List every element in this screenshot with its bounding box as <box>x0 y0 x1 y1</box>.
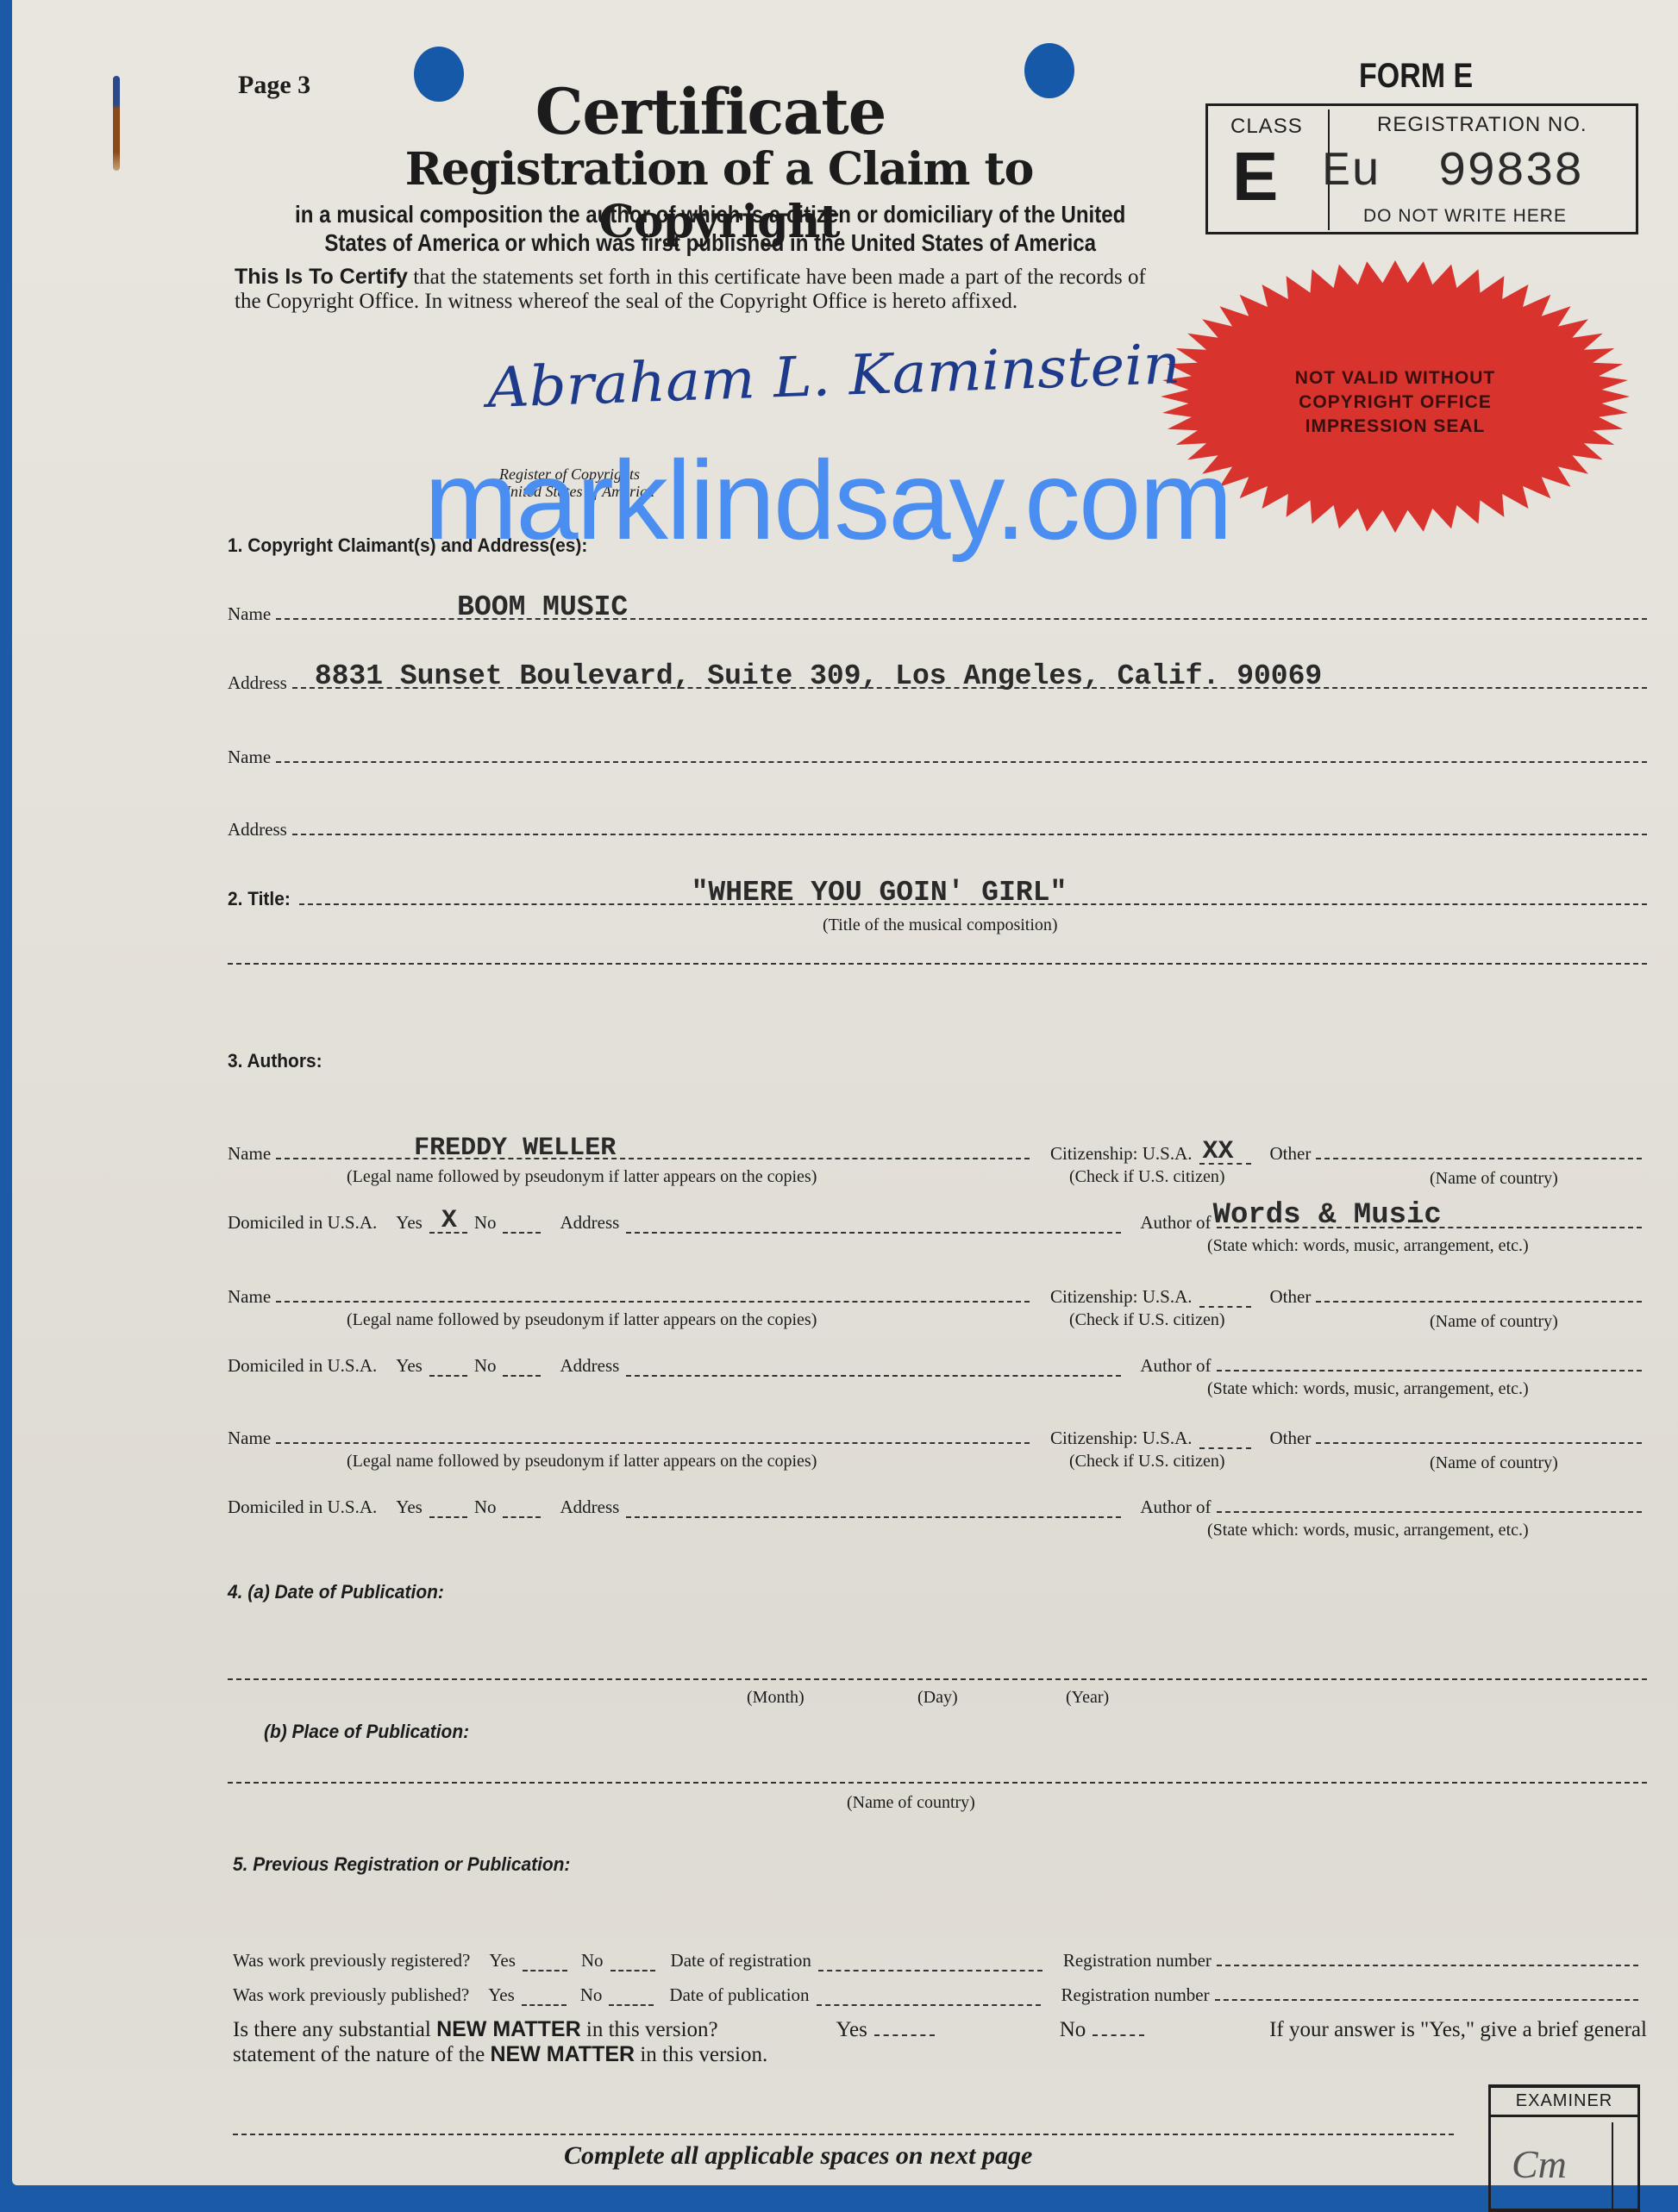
other-country-field[interactable] <box>1316 1441 1642 1444</box>
no-label: No <box>581 1950 604 1971</box>
author-of-field[interactable] <box>1217 1369 1642 1372</box>
domiciled-yes-field[interactable] <box>429 1375 467 1377</box>
new-matter-text: Is there any substantial <box>233 2018 436 2041</box>
date-of-registration-field[interactable] <box>818 1970 1042 1971</box>
domicile-row: Domiciled in U.S.A. Yes X No Address Aut… <box>228 1212 1645 1234</box>
author-of-label: Author of <box>1140 1212 1211 1234</box>
new-matter-text: in this version. <box>635 2043 767 2066</box>
citizenship-row: Citizenship: U.S.A. Other <box>1050 1428 1645 1449</box>
day-caption: (Day) <box>917 1688 958 1708</box>
citizenship-row: Citizenship: U.S.A. Other <box>1050 1286 1645 1308</box>
no-label: No <box>474 1497 497 1518</box>
usa-citizen-checkbox[interactable]: XX <box>1199 1163 1251 1165</box>
author-of-caption: (State which: words, music, arrangement,… <box>1207 1236 1529 1256</box>
title-continuation-field[interactable] <box>228 962 1650 970</box>
domicile-row: Domiciled in U.S.A. Yes No Address Autho… <box>228 1497 1645 1518</box>
other-label: Other <box>1270 1286 1312 1308</box>
registration-number-value: Eu 99838 <box>1322 144 1582 199</box>
domiciled-label: Domiciled in U.S.A. <box>228 1212 377 1234</box>
class-value: E <box>1232 137 1278 216</box>
address-label: Address <box>560 1212 619 1234</box>
form-description: in a musical composition the author of w… <box>232 200 1188 257</box>
date-of-registration-label: Date of registration <box>671 1950 811 1971</box>
certify-statement: This Is To Certify that the statements s… <box>235 265 1157 314</box>
citizenship-caption: (Check if U.S. citizen) <box>1069 1167 1225 1187</box>
domicile-row: Domiciled in U.S.A. Yes No Address Autho… <box>228 1355 1645 1377</box>
claimant-1-name-field[interactable]: Name BOOM MUSIC <box>228 603 1650 625</box>
new-matter-question: Is there any substantial NEW MATTER in t… <box>233 2017 1647 2067</box>
page-label: Page 3 <box>238 71 310 100</box>
class-label: CLASS <box>1230 115 1303 139</box>
yes-label: Yes <box>488 1984 515 2006</box>
author-name-field[interactable]: Name <box>228 1286 1033 1308</box>
do-not-write-note: DO NOT WRITE HERE <box>1363 206 1567 227</box>
name-label: Name <box>228 1428 271 1449</box>
description-line-1: in a musical composition the author of w… <box>232 200 1188 228</box>
author-of-value: Words & Music <box>1213 1199 1442 1232</box>
certify-lead: This Is To Certify <box>235 265 408 289</box>
new-matter-bold: NEW MATTER <box>491 2042 636 2066</box>
registration-number-field[interactable] <box>1215 1998 1638 2001</box>
other-caption: (Name of country) <box>1430 1312 1558 1332</box>
publication-date-field[interactable] <box>228 1678 1650 1685</box>
author-name-field[interactable]: Name <box>228 1428 1033 1449</box>
form-label: FORM E <box>1359 57 1473 96</box>
usa-citizen-checkbox[interactable] <box>1199 1447 1251 1449</box>
binder-hole-right <box>1024 43 1074 98</box>
other-caption: (Name of country) <box>1430 1169 1558 1189</box>
citizenship-label: Citizenship: U.S.A. <box>1050 1143 1193 1165</box>
registration-box: CLASS E REGISTRATION NO. Eu 99838 DO NOT… <box>1205 103 1638 234</box>
new-matter-text: in this version? <box>581 2018 718 2041</box>
claimant-name-value: BOOM MUSIC <box>457 591 628 623</box>
new-matter-text: statement of the nature of the <box>233 2043 491 2066</box>
published-question: Was work previously published? <box>233 1984 469 2006</box>
domiciled-yes-field[interactable]: X <box>429 1232 467 1234</box>
published-yes-field[interactable] <box>522 2004 567 2006</box>
certificate-page: Page 3 Certificate Registration of a Cla… <box>12 0 1678 2185</box>
author-of-field[interactable]: Words & Music <box>1217 1226 1642 1228</box>
certificate-title: Certificate <box>529 74 892 149</box>
citizenship-label: Citizenship: U.S.A. <box>1050 1428 1193 1449</box>
usa-citizen-checkbox[interactable] <box>1199 1306 1251 1308</box>
staple-mark <box>113 76 120 171</box>
other-label: Other <box>1270 1428 1312 1449</box>
title-value: "WHERE YOU GOIN' GIRL" <box>692 877 1068 909</box>
name-label: Name <box>228 1143 271 1165</box>
description-line-2: States of America or which was first pub… <box>232 228 1188 257</box>
country-caption: (Name of country) <box>847 1793 975 1813</box>
author-of-caption: (State which: words, music, arrangement,… <box>1207 1521 1529 1540</box>
domiciled-no-field[interactable] <box>503 1232 541 1234</box>
author-address-field[interactable] <box>626 1516 1121 1518</box>
previously-published-row: Was work previously published? Yes No Da… <box>233 1984 1642 2006</box>
author-address-field[interactable] <box>626 1232 1121 1234</box>
claimant-1-address-field[interactable]: Address 8831 Sunset Boulevard, Suite 309… <box>228 672 1650 694</box>
registration-number-field[interactable] <box>1217 1964 1638 1966</box>
section-4b-heading: (b) Place of Publication: <box>264 1721 469 1743</box>
title-field[interactable]: 2. Title: "WHERE YOU GOIN' GIRL" <box>228 888 1650 910</box>
registered-yes-field[interactable] <box>523 1970 567 1971</box>
section-4a-heading: 4. (a) Date of Publication: <box>228 1581 444 1603</box>
claimant-address-value: 8831 Sunset Boulevard, Suite 309, Los An… <box>315 660 1322 692</box>
author-of-label: Author of <box>1140 1355 1211 1377</box>
citizenship-label: Citizenship: U.S.A. <box>1050 1286 1193 1308</box>
section-5-heading: 5. Previous Registration or Publication: <box>233 1853 570 1876</box>
yes-label: Yes <box>489 1950 516 1971</box>
name-caption: (Legal name followed by pseudonym if lat… <box>347 1310 817 1330</box>
domiciled-label: Domiciled in U.S.A. <box>228 1355 377 1377</box>
month-caption: (Month) <box>747 1688 805 1708</box>
register-signature: Abraham L. Kaminstein <box>486 333 1181 421</box>
examiner-label: EXAMINER <box>1491 2091 1637 2117</box>
registered-no-field[interactable] <box>610 1970 655 1971</box>
section-3-heading: 3. Authors: <box>228 1050 322 1072</box>
no-label: No <box>580 1984 603 2006</box>
other-caption: (Name of country) <box>1430 1453 1558 1473</box>
author-address-field[interactable] <box>626 1375 1121 1377</box>
new-matter-yes-field[interactable] <box>874 2034 935 2036</box>
citizenship-row: Citizenship: U.S.A. XX Other <box>1050 1143 1645 1165</box>
domiciled-no-field[interactable] <box>503 1375 541 1377</box>
publication-place-field[interactable] <box>228 1781 1650 1789</box>
no-label: No <box>1060 2018 1086 2041</box>
domiciled-label: Domiciled in U.S.A. <box>228 1497 377 1518</box>
watermark: marklindsay.com <box>424 435 1231 565</box>
citizenship-caption: (Check if U.S. citizen) <box>1069 1310 1225 1330</box>
author-name-value: FREDDY WELLER <box>414 1134 616 1163</box>
year-caption: (Year) <box>1066 1688 1109 1708</box>
address-label: Address <box>228 672 287 694</box>
seal-line-2: COPYRIGHT OFFICE <box>1159 391 1631 415</box>
address-label: Address <box>228 819 287 840</box>
section-2-heading: 2. Title: <box>228 888 291 910</box>
yes-label: Yes <box>396 1212 423 1234</box>
no-label: No <box>474 1212 497 1234</box>
previously-registered-row: Was work previously registered? Yes No D… <box>233 1950 1642 1971</box>
published-no-field[interactable] <box>609 2004 654 2006</box>
examiner-initials: Cm <box>1512 2141 1567 2187</box>
new-matter-statement-field[interactable] <box>233 2133 1457 2140</box>
binder-hole-left <box>414 47 464 102</box>
name-caption: (Legal name followed by pseudonym if lat… <box>347 1452 817 1472</box>
domiciled-yes-mark: X <box>441 1206 457 1235</box>
no-label: No <box>474 1355 497 1377</box>
name-label: Name <box>228 747 271 768</box>
yes-label: Yes <box>396 1497 423 1518</box>
author-name-field[interactable]: Name FREDDY WELLER <box>228 1143 1033 1165</box>
title-caption: (Title of the musical composition) <box>823 915 1058 935</box>
new-matter-no-field[interactable] <box>1093 2034 1144 2036</box>
usa-citizen-mark: XX <box>1203 1137 1234 1166</box>
date-of-publication-label: Date of publication <box>669 1984 809 2006</box>
footer-note: Complete all applicable spaces on next p… <box>564 2141 1032 2171</box>
yes-label: Yes <box>396 1355 423 1377</box>
other-label: Other <box>1270 1143 1312 1165</box>
examiner-box: EXAMINER Cm <box>1488 2084 1640 2212</box>
citizenship-caption: (Check if U.S. citizen) <box>1069 1452 1225 1472</box>
examiner-divider <box>1612 2122 1613 2209</box>
domiciled-no-field[interactable] <box>503 1516 541 1518</box>
yes-label: Yes <box>836 2018 867 2041</box>
other-country-field[interactable] <box>1316 1157 1642 1159</box>
registration-number-label: Registration number <box>1063 1950 1212 1971</box>
registration-number-label: Registration number <box>1061 1984 1210 2006</box>
author-of-caption: (State which: words, music, arrangement,… <box>1207 1379 1529 1399</box>
if-yes-text: If your answer is "Yes," give a brief ge… <box>1269 2018 1647 2042</box>
name-label: Name <box>228 603 271 625</box>
claimant-2-address-field[interactable]: Address <box>228 819 1650 840</box>
domiciled-yes-field[interactable] <box>429 1516 467 1518</box>
address-label: Address <box>560 1355 619 1377</box>
seal-text: NOT VALID WITHOUT COPYRIGHT OFFICE IMPRE… <box>1159 366 1631 439</box>
seal-line-1: NOT VALID WITHOUT <box>1159 366 1631 391</box>
author-of-label: Author of <box>1140 1497 1211 1518</box>
name-label: Name <box>228 1286 271 1308</box>
registration-number-label: REGISTRATION NO. <box>1377 113 1587 137</box>
name-caption: (Legal name followed by pseudonym if lat… <box>347 1167 817 1187</box>
claimant-2-name-field[interactable]: Name <box>228 747 1650 768</box>
registered-question: Was work previously registered? <box>233 1950 470 1971</box>
address-label: Address <box>560 1497 619 1518</box>
author-of-field[interactable] <box>1217 1510 1642 1513</box>
new-matter-bold: NEW MATTER <box>436 2017 581 2041</box>
other-country-field[interactable] <box>1316 1300 1642 1303</box>
date-of-publication-field[interactable] <box>817 2004 1041 2006</box>
